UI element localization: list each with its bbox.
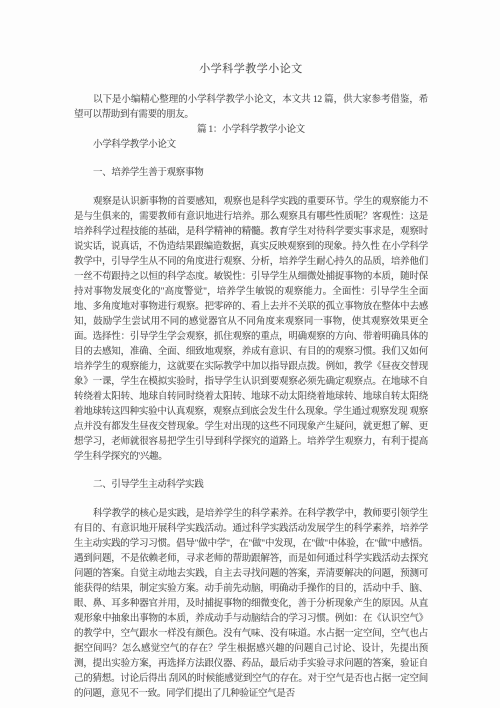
section-1-heading: 一、培养学生善于观察事物 [74,166,428,181]
section-1-body: 观察是认识新事物的首要感知，观察也是科学实践的重要环节。学生的观察能力不是与生俱… [74,195,428,465]
intro-paragraph: 以下是小编精心整理的小学科学教学小论文，本文共 12 篇，供大家参考借鉴，希望可… [74,93,428,123]
section-2-heading: 二、引导学生主动科学实践 [74,478,428,493]
part-heading: 篇 1：小学科学教学小论文 [74,123,428,138]
section-2-body: 科学教学的核心是实践，是培养学生的科学素养。在科学教学中，教师要引领学生有目的、… [74,507,428,702]
part-subtitle: 小学科学教学小论文 [74,138,428,153]
document-page: 小学科学教学小论文 以下是小编精心整理的小学科学教学小论文，本文共 12 篇，供… [0,0,500,708]
document-content: 小学科学教学小论文 以下是小编精心整理的小学科学教学小论文，本文共 12 篇，供… [0,0,500,702]
document-title: 小学科学教学小论文 [74,62,428,77]
